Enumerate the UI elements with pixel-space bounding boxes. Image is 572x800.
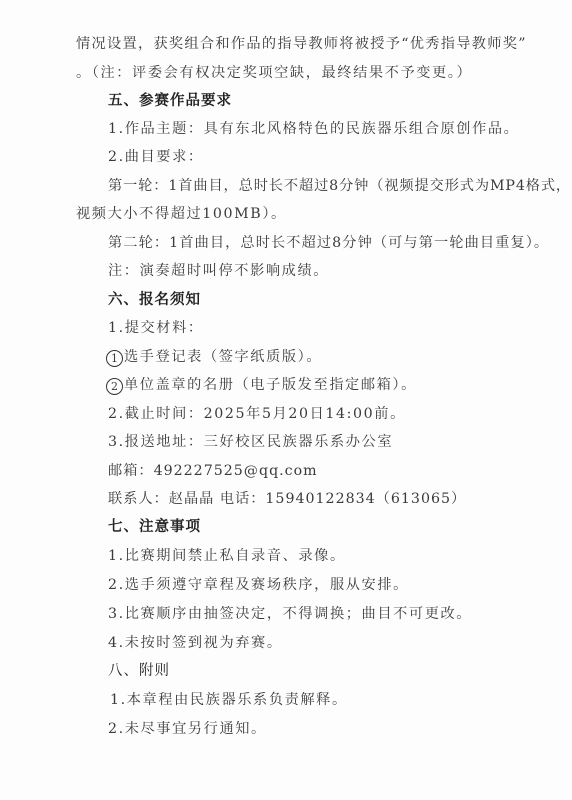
paragraph-line: 1.比赛期间禁止私自录音、录像。 (108, 547, 346, 565)
paragraph-line: 1.提交材料： (108, 319, 204, 337)
section-heading-5: 五、参赛作品要求 (108, 92, 232, 110)
paragraph-line: 第二轮：1首曲目，总时长不超过8分钟（可与第一轮曲目重复）。 (108, 234, 549, 252)
paragraph-line: 3.比赛顺序由抽签决定，不得调换；曲目不可更改。 (108, 605, 472, 623)
circled-number-marker: 2 (106, 378, 123, 395)
paragraph-line: 2.未尽事宜另行通知。 (108, 720, 267, 738)
paragraph-line: 1.作品主题：具有东北风格特色的民族器乐组合原创作品。 (108, 120, 519, 138)
paragraph-line: 4.未按时签到视为弃赛。 (108, 634, 283, 652)
paragraph-line: 2.曲目要求： (108, 148, 204, 166)
paragraph-line: 。（注：评委会有权决定奖项空缺，最终结果不予变更。） (76, 64, 472, 82)
section-heading-7: 七、注意事项 (108, 518, 201, 536)
paragraph-line: 注：演奏超时叫停不影响成绩。 (108, 262, 329, 280)
deadline-line: 2.截止时间：2025年5月20日14:00前。 (108, 405, 406, 423)
list-item-text: 单位盖章的名册（电子版发至指定邮箱）。 (124, 377, 417, 393)
section-heading-6: 六、报名须知 (108, 291, 201, 309)
paragraph-line: 第一轮：1首曲目，总时长不超过8分钟（视频提交形式为MP4格式， (108, 177, 571, 195)
address-line: 3.报送地址：三好校区民族器乐系办公室 (108, 433, 393, 451)
paragraph-line: 2.选手须遵守章程及赛场秩序，服从安排。 (108, 576, 409, 594)
email-line: 邮箱：492227525@qq.com (108, 462, 318, 480)
section-heading-8: 八、附则 (108, 662, 170, 680)
paragraph-line: 视频大小不得超过100MB）。 (76, 205, 287, 223)
list-item: 2单位盖章的名册（电子版发至指定邮箱）。 (106, 376, 417, 395)
list-item: 1选手登记表（签字纸质版）。 (106, 348, 322, 367)
paragraph-line: 1.本章程由民族器乐系负责解释。 (110, 691, 348, 709)
contact-line: 联系人：赵晶晶 电话：15940122834（613065） (108, 490, 466, 508)
document-page: 情况设置，获奖组合和作品的指导教师将被授予“优秀指导教师奖” 。（注：评委会有权… (0, 0, 572, 800)
list-item-text: 选手登记表（签字纸质版）。 (124, 349, 322, 365)
circled-number-marker: 1 (106, 350, 123, 367)
paragraph-line: 情况设置，获奖组合和作品的指导教师将被授予“优秀指导教师奖” (76, 35, 527, 53)
